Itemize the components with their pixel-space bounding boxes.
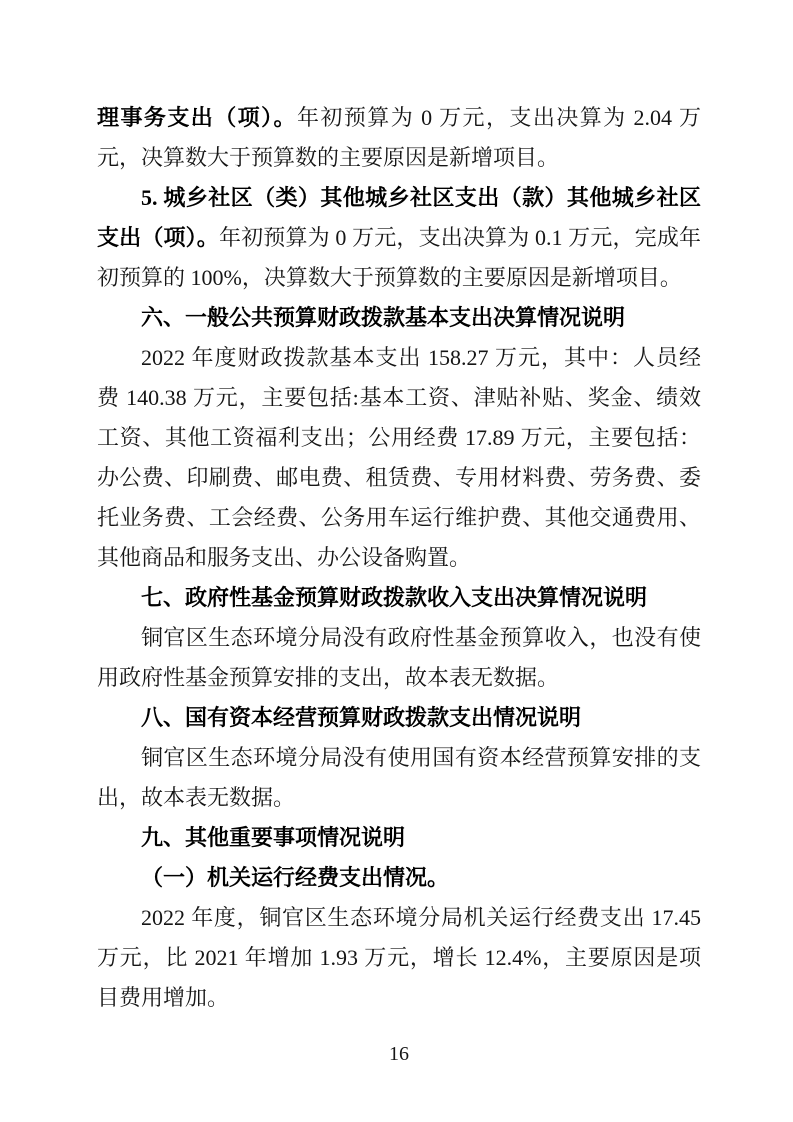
paragraph-continuation: 理事务支出（项）。年初预算为 0 万元，支出决算为 2.04 万元，决算数大于预… <box>97 98 701 178</box>
paragraph-operating-expense: 2022 年度，铜官区生态环境分局机关运行经费支出 17.45 万元，比 202… <box>97 898 701 1018</box>
page-number: 16 <box>97 1042 701 1066</box>
document-page: 理事务支出（项）。年初预算为 0 万元，支出决算为 2.04 万元，决算数大于预… <box>0 0 793 1122</box>
paragraph-lead-bold: 理事务支出（项）。 <box>97 105 297 130</box>
paragraph-item-5: 5. 城乡社区（类）其他城乡社区支出（款）其他城乡社区支出（项）。年初预算为 0… <box>97 178 701 298</box>
section-heading-6: 六、一般公共预算财政拨款基本支出决算情况说明 <box>97 298 701 338</box>
paragraph-gov-fund: 铜官区生态环境分局没有政府性基金预算收入，也没有使用政府性基金预算安排的支出，故… <box>97 618 701 698</box>
page-content: 理事务支出（项）。年初预算为 0 万元，支出决算为 2.04 万元，决算数大于预… <box>0 0 793 1066</box>
section-heading-7: 七、政府性基金预算财政拨款收入支出决算情况说明 <box>97 578 701 618</box>
subsection-heading-1: （一）机关运行经费支出情况。 <box>97 858 701 898</box>
section-heading-9: 九、其他重要事项情况说明 <box>97 818 701 858</box>
paragraph-basic-expenditure: 2022 年度财政拨款基本支出 158.27 万元，其中：人员经费 140.38… <box>97 338 701 578</box>
section-heading-8: 八、国有资本经营预算财政拨款支出情况说明 <box>97 698 701 738</box>
paragraph-state-capital: 铜官区生态环境分局没有使用国有资本经营预算安排的支出，故本表无数据。 <box>97 738 701 818</box>
